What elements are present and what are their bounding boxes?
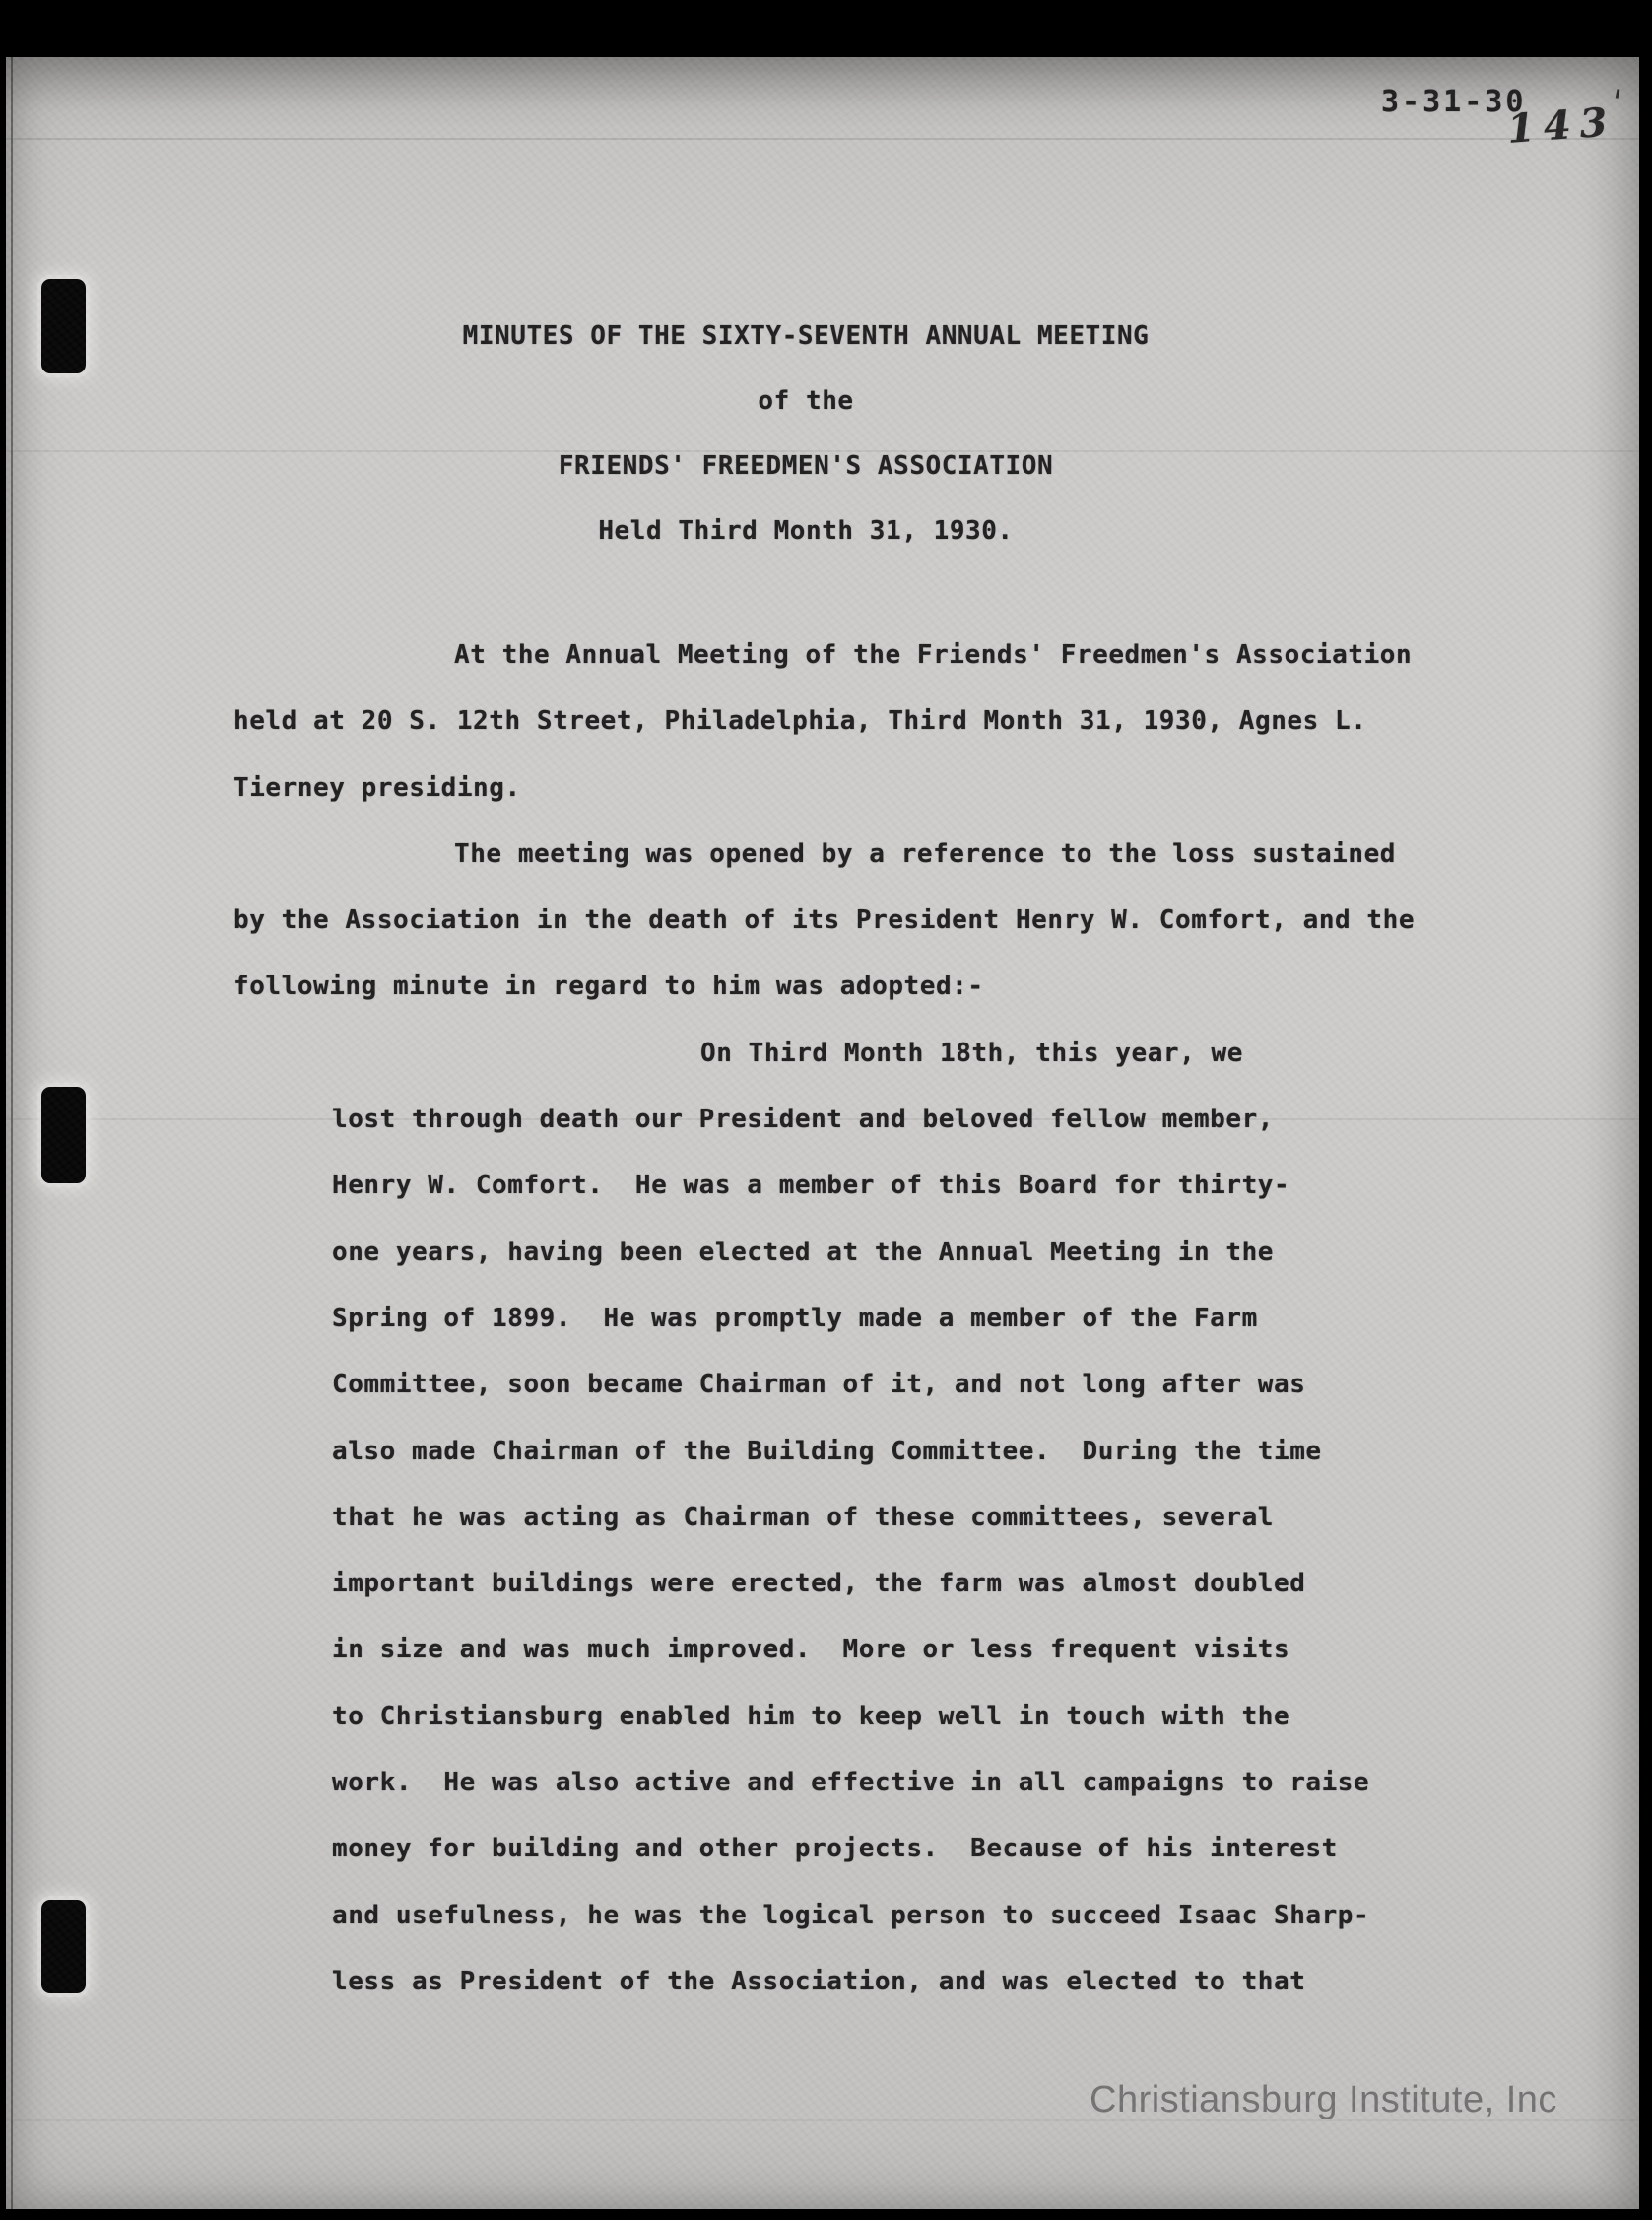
body-line: At the Annual Meeting of the Friends' Fr… (233, 640, 1573, 706)
body-line: Spring of 1899. He was promptly made a m… (233, 1304, 1573, 1370)
body-line: to Christiansburg enabled him to keep we… (233, 1702, 1573, 1768)
binder-hole-mark (41, 279, 86, 373)
body-line: money for building and other projects. B… (233, 1834, 1573, 1900)
body-text: At the Annual Meeting of the Friends' Fr… (233, 640, 1573, 2033)
body-line: On Third Month 18th, this year, we (233, 1039, 1573, 1105)
binder-hole-mark (41, 1087, 86, 1183)
stray-pen-mark: ' (1602, 81, 1629, 123)
binder-hole-mark (41, 1900, 86, 1993)
body-line: important buildings were erected, the fa… (233, 1569, 1573, 1635)
body-line: also made Chairman of the Building Commi… (233, 1437, 1573, 1503)
paper-sheet: 3-31-30 143 ' MINUTES OF THE SIXTY-SEVEN… (6, 57, 1639, 2209)
title-line: FRIENDS' FREEDMEN'S ASSOCIATION (6, 451, 1606, 516)
body-line: following minute in regard to him was ad… (233, 972, 1573, 1038)
body-line: and usefulness, he was the logical perso… (233, 1901, 1573, 1967)
body-line: in size and was much improved. More or l… (233, 1635, 1573, 1701)
body-line: one years, having been elected at the An… (233, 1238, 1573, 1304)
body-line: held at 20 S. 12th Street, Philadelphia,… (233, 706, 1573, 773)
title-line: MINUTES OF THE SIXTY-SEVENTH ANNUAL MEET… (6, 321, 1606, 386)
title-line: Held Third Month 31, 1930. (6, 516, 1606, 581)
body-line: Tierney presiding. (233, 774, 1573, 840)
scanned-document-page: 3-31-30 143 ' MINUTES OF THE SIXTY-SEVEN… (0, 0, 1652, 2220)
body-line: Henry W. Comfort. He was a member of thi… (233, 1171, 1573, 1237)
title-block: MINUTES OF THE SIXTY-SEVENTH ANNUAL MEET… (6, 321, 1606, 581)
body-line: by the Association in the death of its P… (233, 906, 1573, 972)
title-line: of the (6, 386, 1606, 451)
scan-streak (6, 138, 1639, 140)
handwritten-page-number: 143 (1505, 99, 1618, 153)
body-line: The meeting was opened by a reference to… (233, 840, 1573, 906)
date-stamp: 3-31-30 (1381, 85, 1526, 119)
body-line: less as President of the Association, an… (233, 1967, 1573, 2033)
body-line: Committee, soon became Chairman of it, a… (233, 1370, 1573, 1436)
archive-watermark: Christiansburg Institute, Inc (1090, 2079, 1557, 2121)
body-line: work. He was also active and effective i… (233, 1768, 1573, 1834)
body-line: lost through death our President and bel… (233, 1105, 1573, 1171)
body-line: that he was acting as Chairman of these … (233, 1503, 1573, 1569)
